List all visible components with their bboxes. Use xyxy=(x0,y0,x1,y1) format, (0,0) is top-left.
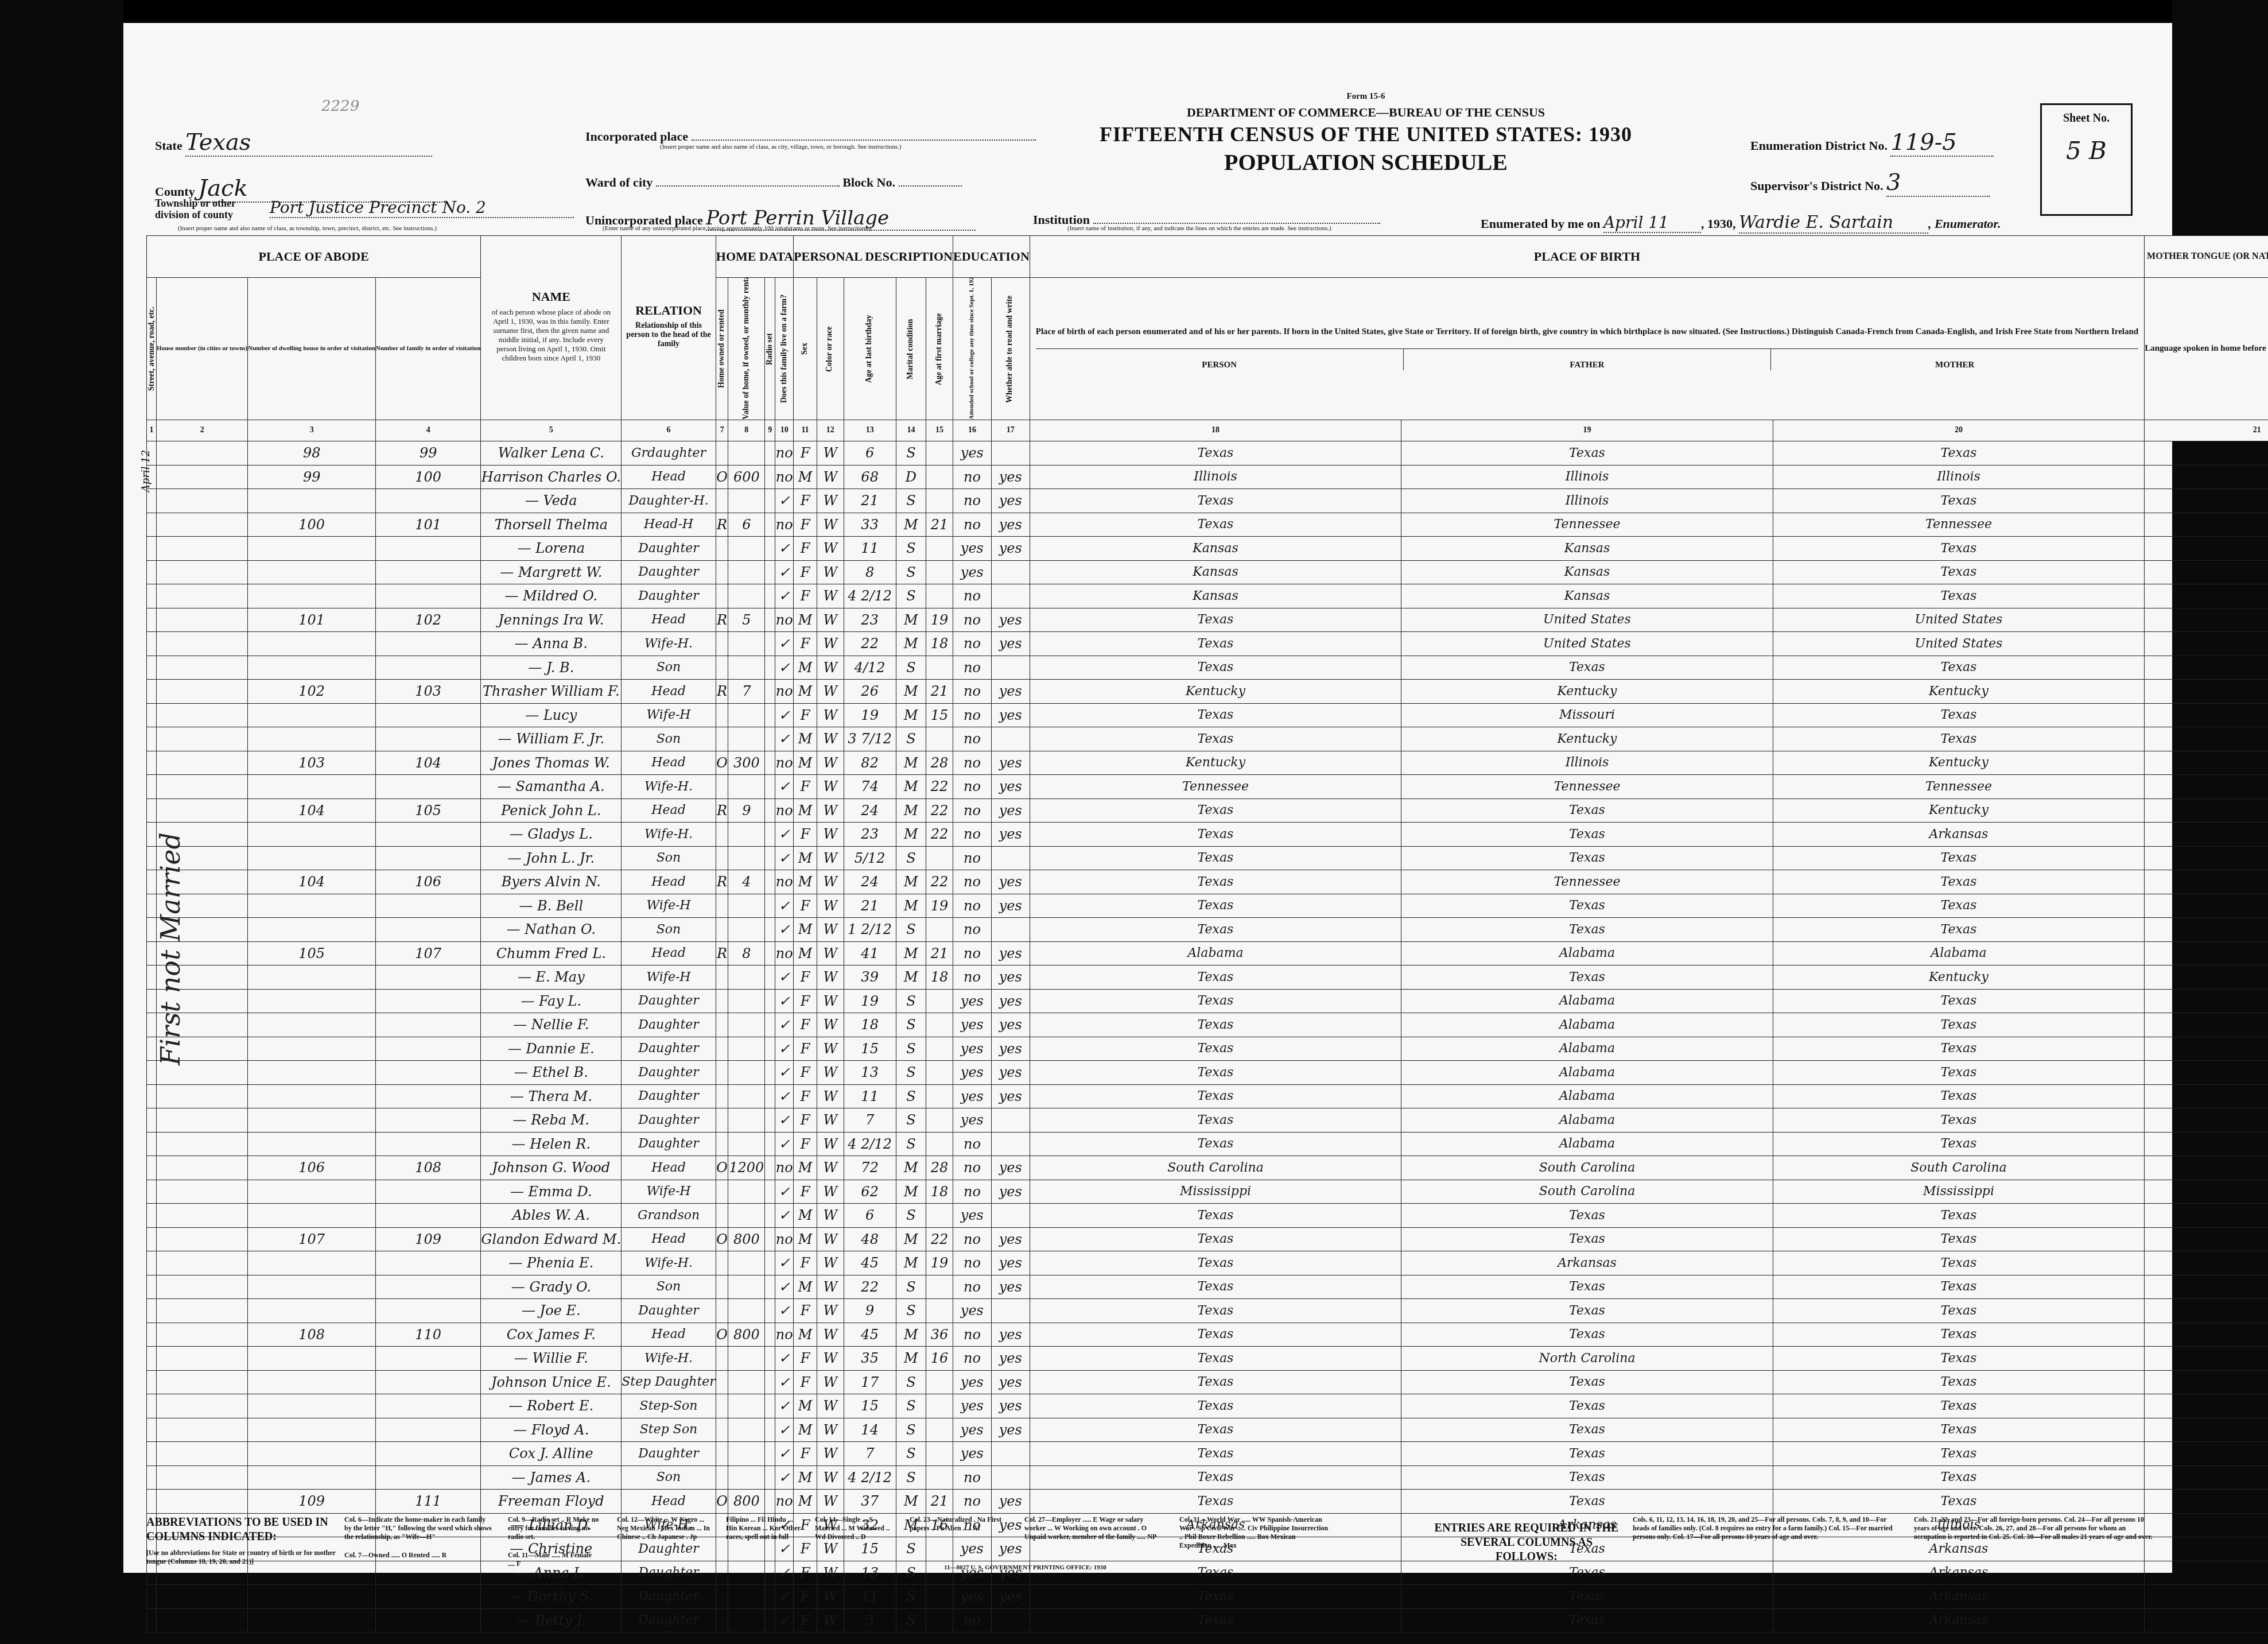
cell-mother-birthplace: United States xyxy=(1773,608,2144,632)
cell-age: 7 xyxy=(844,1108,896,1133)
cell-age: 68 xyxy=(844,465,896,489)
cell-home-tenure xyxy=(716,1299,728,1323)
cell-age: 23 xyxy=(844,608,896,632)
cell-farm: ✓ xyxy=(775,918,794,942)
column-number: 14 xyxy=(896,420,926,441)
cell-radio xyxy=(765,751,775,775)
cell-relationship: Daughter xyxy=(622,1037,716,1061)
cell-literacy xyxy=(991,1608,1030,1633)
table-row: 104106Byers Alvin N.HeadR4noMW24M22noyes… xyxy=(147,870,2268,894)
cell-home-tenure xyxy=(716,656,728,680)
cell-street xyxy=(147,1299,157,1323)
cell-literacy xyxy=(991,560,1030,584)
cell-birthplace: Kentucky xyxy=(1030,680,1401,704)
cell-farm: ✓ xyxy=(775,1275,794,1299)
cell-birthplace: Texas xyxy=(1030,656,1401,680)
cell-street xyxy=(147,1347,157,1371)
table-row: — Phenia E.Wife-H.✓FW45M19noyesTexasArka… xyxy=(147,1251,2268,1275)
group-place-of-abode: PLACE OF ABODE xyxy=(147,236,481,278)
cell-literacy: yes xyxy=(991,966,1030,990)
cell-marital: M xyxy=(896,894,926,918)
cell-family-number xyxy=(376,989,481,1013)
cell-literacy: yes xyxy=(991,870,1030,894)
cell-language xyxy=(2145,608,2268,632)
cell-person-name: Byers Alvin N. xyxy=(481,870,622,894)
cell-family-number xyxy=(376,1251,481,1275)
column-number: 3 xyxy=(248,420,376,441)
cell-birthplace: Texas xyxy=(1030,1227,1401,1251)
cell-age: 45 xyxy=(844,1323,896,1347)
cell-house-number xyxy=(157,751,248,775)
cell-father-birthplace: Texas xyxy=(1401,656,1773,680)
cell-home-value xyxy=(728,560,765,584)
cell-street xyxy=(147,1108,157,1133)
cell-age: 26 xyxy=(844,680,896,704)
cell-farm: ✓ xyxy=(775,1347,794,1371)
column-number: 19 xyxy=(1401,420,1773,441)
census-rows: 9899Walker Lena C.GrdaughternoFW6SyesTex… xyxy=(147,441,2268,1633)
cell-farm: ✓ xyxy=(775,846,794,870)
cell-home-tenure: R xyxy=(716,870,728,894)
cell-literacy: yes xyxy=(991,1251,1030,1275)
cell-marital: S xyxy=(896,846,926,870)
cell-birthplace: Mississippi xyxy=(1030,1180,1401,1204)
table-row: — Robert E.Step-Son✓MW15SyesyesTexasTexa… xyxy=(147,1394,2268,1418)
cell-marital: M xyxy=(896,1251,926,1275)
cell-age: 82 xyxy=(844,751,896,775)
cell-race: W xyxy=(817,1490,844,1514)
cell-street xyxy=(147,1608,157,1633)
cell-home-value xyxy=(728,1442,765,1466)
cell-language xyxy=(2145,798,2268,823)
table-row: — Anna B.Wife-H.✓FW22M18noyesTexasUnited… xyxy=(147,632,2268,656)
cell-age: 13 xyxy=(844,1061,896,1085)
cell-age-first-marriage xyxy=(926,846,953,870)
cell-dwelling-number xyxy=(248,823,376,847)
cell-birthplace: Texas xyxy=(1030,1013,1401,1037)
cell-home-tenure xyxy=(716,1442,728,1466)
cell-school: yes xyxy=(953,1013,991,1037)
cell-person-name: — Ethel B. xyxy=(481,1061,622,1085)
cell-relationship: Head xyxy=(622,941,716,966)
cell-birthplace: Texas xyxy=(1030,1347,1401,1371)
cell-house-number xyxy=(157,1490,248,1514)
cell-school: no xyxy=(953,1323,991,1347)
cell-family-number: 101 xyxy=(376,513,481,537)
cell-race: W xyxy=(817,941,844,966)
cell-dwelling-number: 101 xyxy=(248,608,376,632)
cell-street xyxy=(147,489,157,513)
cell-sex: F xyxy=(794,823,817,847)
cell-age: 18 xyxy=(844,1013,896,1037)
cell-mother-birthplace: Texas xyxy=(1773,1204,2144,1228)
cell-home-tenure: R xyxy=(716,680,728,704)
cell-literacy: yes xyxy=(991,680,1030,704)
cell-language xyxy=(2145,1299,2268,1323)
cell-age: 6 xyxy=(844,441,896,466)
cell-father-birthplace: Alabama xyxy=(1401,1084,1773,1108)
cell-home-tenure xyxy=(716,489,728,513)
cell-marital: S xyxy=(896,560,926,584)
cell-mother-birthplace: Arkansas xyxy=(1773,1585,2144,1609)
cell-birthplace: Texas xyxy=(1030,1204,1401,1228)
cell-age-first-marriage xyxy=(926,1418,953,1442)
cell-dwelling-number xyxy=(248,1108,376,1133)
cell-literacy xyxy=(991,1442,1030,1466)
incorporated-note: (Insert proper name and also name of cla… xyxy=(660,144,902,150)
margin-date-note: April 12 xyxy=(140,450,152,492)
cell-person-name: — Betty J. xyxy=(481,1608,622,1633)
cell-father-birthplace: Texas xyxy=(1401,1394,1773,1418)
cell-school: no xyxy=(953,941,991,966)
cell-relationship: Head xyxy=(622,1323,716,1347)
cell-literacy: yes xyxy=(991,465,1030,489)
cell-age-first-marriage xyxy=(926,918,953,942)
cell-house-number xyxy=(157,1251,248,1275)
cell-marital: S xyxy=(896,1442,926,1466)
cell-school: yes xyxy=(953,1299,991,1323)
cell-relationship: Son xyxy=(622,1465,716,1490)
cell-school: yes xyxy=(953,1204,991,1228)
cell-person-name: — Emma D. xyxy=(481,1180,622,1204)
cell-school: no xyxy=(953,465,991,489)
cell-race: W xyxy=(817,1227,844,1251)
table-row: — Dorthy S.Daughter✓FW11SyesyesTexasTexa… xyxy=(147,1585,2268,1609)
cell-age-first-marriage: 18 xyxy=(926,632,953,656)
cell-farm: no xyxy=(775,680,794,704)
cell-home-tenure xyxy=(716,632,728,656)
cell-home-tenure xyxy=(716,1084,728,1108)
cell-relationship: Daughter xyxy=(622,1013,716,1037)
cell-mother-birthplace: Texas xyxy=(1773,441,2144,466)
cell-house-number xyxy=(157,584,248,608)
cell-marital: S xyxy=(896,1132,926,1156)
cell-house-number xyxy=(157,798,248,823)
cell-age-first-marriage: 18 xyxy=(926,1180,953,1204)
cell-person-name: — Anna B. xyxy=(481,632,622,656)
cell-age: 48 xyxy=(844,1227,896,1251)
cell-sex: F xyxy=(794,584,817,608)
cell-home-value: 9 xyxy=(728,798,765,823)
cell-father-birthplace: Alabama xyxy=(1401,1132,1773,1156)
cell-school: yes xyxy=(953,1370,991,1394)
cell-father-birthplace: Missouri xyxy=(1401,703,1773,727)
cell-house-number xyxy=(157,1180,248,1204)
cell-father-birthplace: South Carolina xyxy=(1401,1156,1773,1180)
cell-language xyxy=(2145,1608,2268,1633)
cell-family-number xyxy=(376,727,481,751)
cell-language xyxy=(2145,751,2268,775)
cell-father-birthplace: Texas xyxy=(1401,1442,1773,1466)
group-place-of-birth: PLACE OF BIRTH xyxy=(1030,236,2144,278)
cell-farm: no xyxy=(775,513,794,537)
cell-relationship: Daughter xyxy=(622,1108,716,1133)
cell-birthplace: Texas xyxy=(1030,1418,1401,1442)
cell-person-name: — Dannie E. xyxy=(481,1037,622,1061)
cell-person-name: — Lorena xyxy=(481,537,622,561)
cell-home-value xyxy=(728,441,765,466)
cell-dwelling-number: 108 xyxy=(248,1323,376,1347)
cell-birthplace: Texas xyxy=(1030,1585,1401,1609)
cell-sex: F xyxy=(794,1347,817,1371)
table-row: — E. MayWife-H✓FW39M18noyesTexasTexasKen… xyxy=(147,966,2268,990)
birth-instructions: Place of birth of each person enumerated… xyxy=(1030,278,2144,420)
cell-street xyxy=(147,1585,157,1609)
cell-mother-birthplace: Alabama xyxy=(1773,941,2144,966)
cell-race: W xyxy=(817,727,844,751)
cell-age-first-marriage xyxy=(926,1442,953,1466)
form-title-block: Form 15-6 DEPARTMENT OF COMMERCE—BUREAU … xyxy=(1079,92,1653,176)
cell-person-name: — John L. Jr. xyxy=(481,846,622,870)
table-row: — Emma D.Wife-H✓FW62M18noyesMississippiS… xyxy=(147,1180,2268,1204)
cell-birthplace: Texas xyxy=(1030,966,1401,990)
cell-language xyxy=(2145,1275,2268,1299)
cell-house-number xyxy=(157,1442,248,1466)
cell-street xyxy=(147,1418,157,1442)
table-row: — J. B.Son✓MW4/12SnoTexasTexasTexas87Non… xyxy=(147,656,2268,680)
cell-family-number xyxy=(376,1561,481,1585)
cell-literacy: yes xyxy=(991,894,1030,918)
cell-literacy: yes xyxy=(991,1037,1030,1061)
cell-marital: S xyxy=(896,1561,926,1585)
cell-relationship: Daughter xyxy=(622,537,716,561)
cell-school: no xyxy=(953,489,991,513)
cell-marital: D xyxy=(896,465,926,489)
cell-farm: ✓ xyxy=(775,894,794,918)
cell-home-value xyxy=(728,1394,765,1418)
cell-family-number xyxy=(376,966,481,990)
cell-street xyxy=(147,1394,157,1418)
cell-mother-birthplace: Texas xyxy=(1773,1108,2144,1133)
cell-age-first-marriage xyxy=(926,1084,953,1108)
census-table: PLACE OF ABODE NAMEof each person whose … xyxy=(146,235,2268,1633)
cell-radio xyxy=(765,1061,775,1085)
cell-mother-birthplace: Texas xyxy=(1773,1251,2144,1275)
cell-language xyxy=(2145,1251,2268,1275)
group-name: NAMEof each person whose place of abode … xyxy=(481,236,622,420)
cell-home-tenure xyxy=(716,775,728,799)
cell-radio xyxy=(765,1418,775,1442)
cell-father-birthplace: Texas xyxy=(1401,966,1773,990)
cell-age-first-marriage: 22 xyxy=(926,798,953,823)
cell-radio xyxy=(765,918,775,942)
table-row: — Grady O.Son✓MW22SnoyesTexasTexasTexas8… xyxy=(147,1275,2268,1299)
cell-dwelling-number xyxy=(248,727,376,751)
cell-literacy: yes xyxy=(991,1347,1030,1371)
cell-radio xyxy=(765,1204,775,1228)
cell-house-number xyxy=(157,1204,248,1228)
cell-home-value xyxy=(728,1037,765,1061)
col-street: Street, avenue, road, etc. xyxy=(147,278,157,420)
cell-school: no xyxy=(953,1608,991,1633)
cell-radio xyxy=(765,1275,775,1299)
cell-age-first-marriage: 19 xyxy=(926,608,953,632)
cell-house-number xyxy=(157,632,248,656)
cell-race: W xyxy=(817,537,844,561)
cell-age-first-marriage: 21 xyxy=(926,680,953,704)
cell-sex: F xyxy=(794,441,817,466)
cell-relationship: Daughter xyxy=(622,1132,716,1156)
cell-school: no xyxy=(953,656,991,680)
cell-age-first-marriage: 21 xyxy=(926,1490,953,1514)
cell-literacy: yes xyxy=(991,798,1030,823)
cell-relationship: Daughter-H. xyxy=(622,489,716,513)
group-mother-tongue: MOTHER TONGUE (OR NATIVE LANGUAGE) OF FO… xyxy=(2145,236,2268,278)
cell-person-name: — Floyd A. xyxy=(481,1418,622,1442)
cell-family-number: 104 xyxy=(376,751,481,775)
cell-relationship: Step Son xyxy=(622,1418,716,1442)
form-number: Form 15-6 xyxy=(1079,92,1653,102)
cell-language xyxy=(2145,966,2268,990)
cell-age: 14 xyxy=(844,1418,896,1442)
cell-age-first-marriage xyxy=(926,1132,953,1156)
cell-age: 19 xyxy=(844,703,896,727)
cell-race: W xyxy=(817,823,844,847)
cell-radio xyxy=(765,1394,775,1418)
cell-literacy xyxy=(991,846,1030,870)
cell-age-first-marriage xyxy=(926,489,953,513)
cell-dwelling-number: 105 xyxy=(248,941,376,966)
cell-street xyxy=(147,537,157,561)
cell-radio xyxy=(765,846,775,870)
column-number: 4 xyxy=(376,420,481,441)
cell-house-number xyxy=(157,1370,248,1394)
cell-family-number: 110 xyxy=(376,1323,481,1347)
cell-street xyxy=(147,560,157,584)
cell-literacy: yes xyxy=(991,823,1030,847)
cell-home-tenure: O xyxy=(716,1490,728,1514)
cell-house-number xyxy=(157,680,248,704)
table-row: 106108Johnson G. WoodHeadO1200noMW72M28n… xyxy=(147,1156,2268,1180)
cell-farm: ✓ xyxy=(775,537,794,561)
cell-age: 39 xyxy=(844,966,896,990)
table-row: — John L. Jr.Son✓MW5/12SnoTexasTexasTexa… xyxy=(147,846,2268,870)
cell-dwelling-number xyxy=(248,1180,376,1204)
cell-family-number xyxy=(376,1299,481,1323)
cell-father-birthplace: Kansas xyxy=(1401,584,1773,608)
cell-age: 15 xyxy=(844,1037,896,1061)
cell-street xyxy=(147,1132,157,1156)
cell-language xyxy=(2145,1513,2268,1537)
cell-home-tenure: R xyxy=(716,513,728,537)
cell-marital: M xyxy=(896,775,926,799)
cell-sex: F xyxy=(794,1561,817,1585)
cell-radio xyxy=(765,1608,775,1633)
cell-language xyxy=(2145,775,2268,799)
cell-literacy: yes xyxy=(991,941,1030,966)
cell-language xyxy=(2145,1418,2268,1442)
cell-family-number xyxy=(376,1084,481,1108)
cell-dwelling-number: 100 xyxy=(248,513,376,537)
cell-birthplace: Texas xyxy=(1030,441,1401,466)
cell-school: no xyxy=(953,1347,991,1371)
state-field: State Texas xyxy=(155,129,432,157)
cell-home-tenure xyxy=(716,918,728,942)
cell-home-value xyxy=(728,1061,765,1085)
cell-family-number: 99 xyxy=(376,441,481,466)
cell-marital: S xyxy=(896,537,926,561)
cell-home-tenure: R xyxy=(716,798,728,823)
state-value: Texas xyxy=(185,129,251,156)
abbrev-title: ABBREVIATIONS TO BE USED IN COLUMNS INDI… xyxy=(146,1515,336,1544)
cell-race: W xyxy=(817,560,844,584)
cell-school: yes xyxy=(953,1108,991,1133)
cell-father-birthplace: Illinois xyxy=(1401,489,1773,513)
cell-mother-birthplace: Texas xyxy=(1773,537,2144,561)
abbrev-col12: Col. 12—White ... W Negro ... Neg Mexica… xyxy=(617,1515,714,1541)
cell-radio xyxy=(765,489,775,513)
cell-age: 74 xyxy=(844,775,896,799)
column-number: 6 xyxy=(622,420,716,441)
cell-age-first-marriage: 19 xyxy=(926,1251,953,1275)
cell-radio xyxy=(765,1561,775,1585)
cell-farm: ✓ xyxy=(775,632,794,656)
cell-dwelling-number: 103 xyxy=(248,751,376,775)
cell-home-value: 7 xyxy=(728,680,765,704)
cell-race: W xyxy=(817,1084,844,1108)
cell-race: W xyxy=(817,1108,844,1133)
cell-farm: ✓ xyxy=(775,1204,794,1228)
cell-sex: M xyxy=(794,1490,817,1514)
cell-school: no xyxy=(953,823,991,847)
cell-home-value xyxy=(728,966,765,990)
cell-race: W xyxy=(817,489,844,513)
col-sex: Sex xyxy=(794,278,817,420)
cell-radio xyxy=(765,1227,775,1251)
cell-house-number xyxy=(157,1084,248,1108)
cell-home-value xyxy=(728,1275,765,1299)
cell-marital: S xyxy=(896,1013,926,1037)
column-number: 21 xyxy=(2145,420,2268,441)
cell-farm: ✓ xyxy=(775,727,794,751)
cell-home-tenure xyxy=(716,1585,728,1609)
cell-birthplace: Texas xyxy=(1030,727,1401,751)
cell-mother-birthplace: Texas xyxy=(1773,1061,2144,1085)
cell-home-tenure xyxy=(716,1204,728,1228)
cell-home-tenure xyxy=(716,1251,728,1275)
cell-mother-birthplace: Tennessee xyxy=(1773,775,2144,799)
cell-street xyxy=(147,1227,157,1251)
cell-family-number xyxy=(376,1442,481,1466)
cell-family-number: 106 xyxy=(376,870,481,894)
cell-sex: M xyxy=(794,1227,817,1251)
cell-race: W xyxy=(817,1394,844,1418)
cell-home-tenure: O xyxy=(716,751,728,775)
cell-race: W xyxy=(817,1275,844,1299)
cell-person-name: — Veda xyxy=(481,489,622,513)
cell-home-tenure xyxy=(716,1037,728,1061)
cell-street xyxy=(147,751,157,775)
cell-relationship: Step-Son xyxy=(622,1394,716,1418)
cell-marital: M xyxy=(896,1323,926,1347)
cell-literacy: yes xyxy=(991,989,1030,1013)
cell-dwelling-number xyxy=(248,489,376,513)
cell-language xyxy=(2145,894,2268,918)
cell-age: 41 xyxy=(844,941,896,966)
cell-person-name: — Margrett W. xyxy=(481,560,622,584)
cell-literacy xyxy=(991,1465,1030,1490)
cell-person-name: — Thera M. xyxy=(481,1084,622,1108)
cell-person-name: — Lucy xyxy=(481,703,622,727)
cell-language xyxy=(2145,1323,2268,1347)
cell-family-number xyxy=(376,703,481,727)
cell-literacy xyxy=(991,1204,1030,1228)
cell-sex: F xyxy=(794,560,817,584)
table-row: Cox J. AllineDaughter✓FW7SyesTexasTexasT… xyxy=(147,1442,2268,1466)
cell-school: no xyxy=(953,727,991,751)
cell-language xyxy=(2145,1061,2268,1085)
cell-street xyxy=(147,1180,157,1204)
